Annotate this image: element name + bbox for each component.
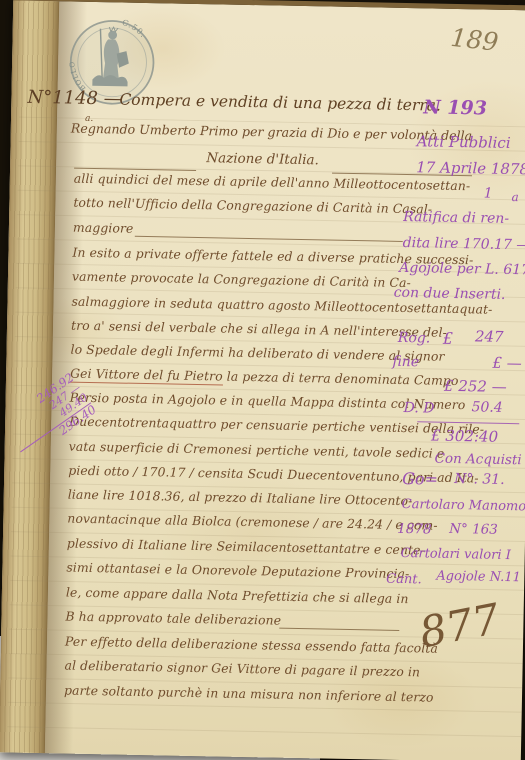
margin-note: D. D [403,400,434,417]
ink-rule [279,628,399,631]
margin-note: dita lire 170.17 — [403,235,525,253]
margin-note: N 193 [423,96,487,119]
margin-note: a [511,190,518,204]
manuscript-line: totto nell'Ufficio della Congregazione d… [73,195,432,217]
manuscript-line: vamente provocate la Congregazione di Ca… [72,269,411,291]
margin-note: N°. 31. [454,471,505,488]
margin-note: 1878 [397,521,432,538]
margin-note: 17 Aprile 1878 [416,158,525,178]
margin-note: fine [392,354,419,371]
margin-note: Cartolari valori I [401,546,511,563]
margin-note: Agojole per L. 617, [399,260,525,279]
ink-rule [135,236,403,242]
margin-note: £ [443,329,454,348]
folio-number: 189 [449,23,500,57]
line-rest: la pezza di terra denominata Campo [223,369,459,389]
manuscript-page: C.50. BOLLO 189 N°1148 — a. Compera e ve… [0,0,525,760]
document-number: N°1148 — [27,87,122,110]
manuscript-line: plessivo di Italiane lire Seimilacentose… [67,536,425,558]
margin-note: 50.4 [471,399,502,416]
margin-note: £ 252 — [444,377,507,396]
manuscript-line: maggiore [73,220,134,236]
underlined-name: Gei Vittore del fu Pietro [70,366,223,386]
manuscript-line: tro a' sensi del verbale che si allega i… [71,318,447,340]
manuscript-line: le, come appare dalla Nota Prefettizia c… [66,585,409,607]
manuscript-line: al deliberatario signor Gei Vittore di p… [64,658,420,680]
preamble-line: Regnando Umberto Primo per grazia di Dio… [71,121,473,144]
margin-note: Cant. [386,572,422,588]
manuscript-line: liane lire 1018.36, al prezzo di Italian… [68,487,413,509]
preamble-line: Nazione d'Italia. [206,150,319,168]
margin-note: 1 [484,185,493,201]
margin-note: Con Acquisti [434,451,521,469]
manuscript-line: simi ottantasei e la Onorevole Deputazio… [66,560,409,582]
manuscript-line: lo Spedale degli Infermi ha deliberato d… [70,342,444,364]
margin-note: Cartolaro Manomorte [402,497,525,515]
margin-note: Agojole N.11 [436,569,521,586]
manuscript-line: vata superficie di Cremonesi pertiche ve… [69,439,445,461]
manuscript-line: Per effetto della deliberazione stessa e… [65,634,438,656]
margin-note: Atti Pubblici [416,132,510,152]
document-photo: C.50. BOLLO 189 N°1148 — a. Compera e ve… [0,0,525,760]
manuscript-line: novantacinque alla Biolca (cremonese / a… [67,511,438,533]
margin-note: Go= [402,469,438,489]
margin-note: Rog. [398,330,431,347]
margin-note: £ — [492,354,522,373]
margin-note: 247 [475,327,504,346]
manuscript-line: parte soltanto purchè in una misura non … [64,683,434,705]
margin-note: £ 302:40 [431,427,498,446]
margin-note: Ratifica di ren- [403,209,509,227]
margin-note: N° 163 [449,521,498,538]
manuscript-line: Duecentotrentaquattro per censuarie pert… [69,414,484,437]
document-title: Compera e vendita di una pezza di terra. [119,90,441,114]
margin-note: con due Inserti. [394,285,506,303]
manuscript-line: B ha approvato tale deliberazione [65,609,281,628]
notary-flourish: 877 [415,594,503,657]
